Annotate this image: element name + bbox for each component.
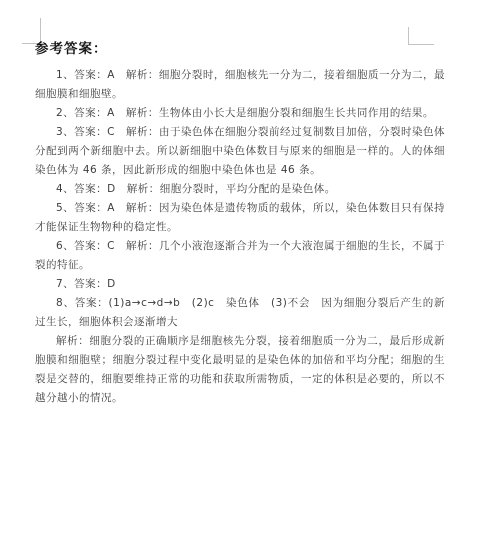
text-line: 分配到两个新细胞中去。所以新细胞中染色体数目与原来的细胞是一样的。人的体细胞正常 [35, 142, 445, 161]
text-line: 6、答案：C 解析：几个小液泡逐渐合并为一个大液泡属于细胞的生长，不属于细胞分 [35, 237, 445, 256]
document-body: 1、答案：A 解析：细胞分裂时，细胞核先一分为二，接着细胞质一分为二，最后形成细… [35, 66, 445, 408]
text-line: 裂的特征。 [35, 256, 445, 275]
text-line: 裂是交替的，细胞要维持正常的功能和获取所需物质，一定的体积是必要的，所以不会出现 [35, 370, 445, 389]
page-title: 参考答案： [35, 41, 445, 66]
text-line: 细胞膜和细胞壁。 [35, 85, 445, 104]
text-line: 1、答案：A 解析：细胞分裂时，细胞核先一分为二，接着细胞质一分为二，最后形成 [35, 66, 445, 85]
text-line: 8、答案：(1)a→c→d→b (2)c 染色体 (3)不会 因为细胞分裂后产生… [35, 294, 445, 313]
text-line: 7、答案：D [35, 275, 445, 294]
text-line: 5、答案：A 解析：因为染色体是遗传物质的载体，所以，染色体数目只有保持恒定， [35, 199, 445, 218]
text-line: 2、答案：A 解析：生物体由小长大是细胞分裂和细胞生长共同作用的结果。 [35, 104, 445, 123]
document-page: { "page": { "background_color": "#ffffff… [0, 0, 486, 544]
text-line: 胞膜和细胞壁；细胞分裂过程中变化最明显的是染色体的加倍和平均分配；细胞的生长和分 [35, 351, 445, 370]
text-line: 3、答案：C 解析：由于染色体在细胞分裂前经过复制数目加倍，分裂时染色体再平均 [35, 123, 445, 142]
text-line: 4、答案：D 解析：细胞分裂时，平均分配的是染色体。 [35, 180, 445, 199]
text-line: 染色体为 46 条，因此新形成的细胞中染色体也是 46 条。 [35, 161, 445, 180]
text-line: 越分越小的情况。 [35, 389, 445, 408]
text-line: 解析：细胞分裂的正确顺序是细胞核先分裂，接着细胞质一分为二，最后形成新的细 [35, 332, 445, 351]
text-line: 才能保证生物物种的稳定性。 [35, 218, 445, 237]
page-content: 参考答案： 1、答案：A 解析：细胞分裂时，细胞核先一分为二，接着细胞质一分为二… [35, 41, 445, 408]
text-line: 过生长，细胞体积会逐渐增大 [35, 313, 445, 332]
